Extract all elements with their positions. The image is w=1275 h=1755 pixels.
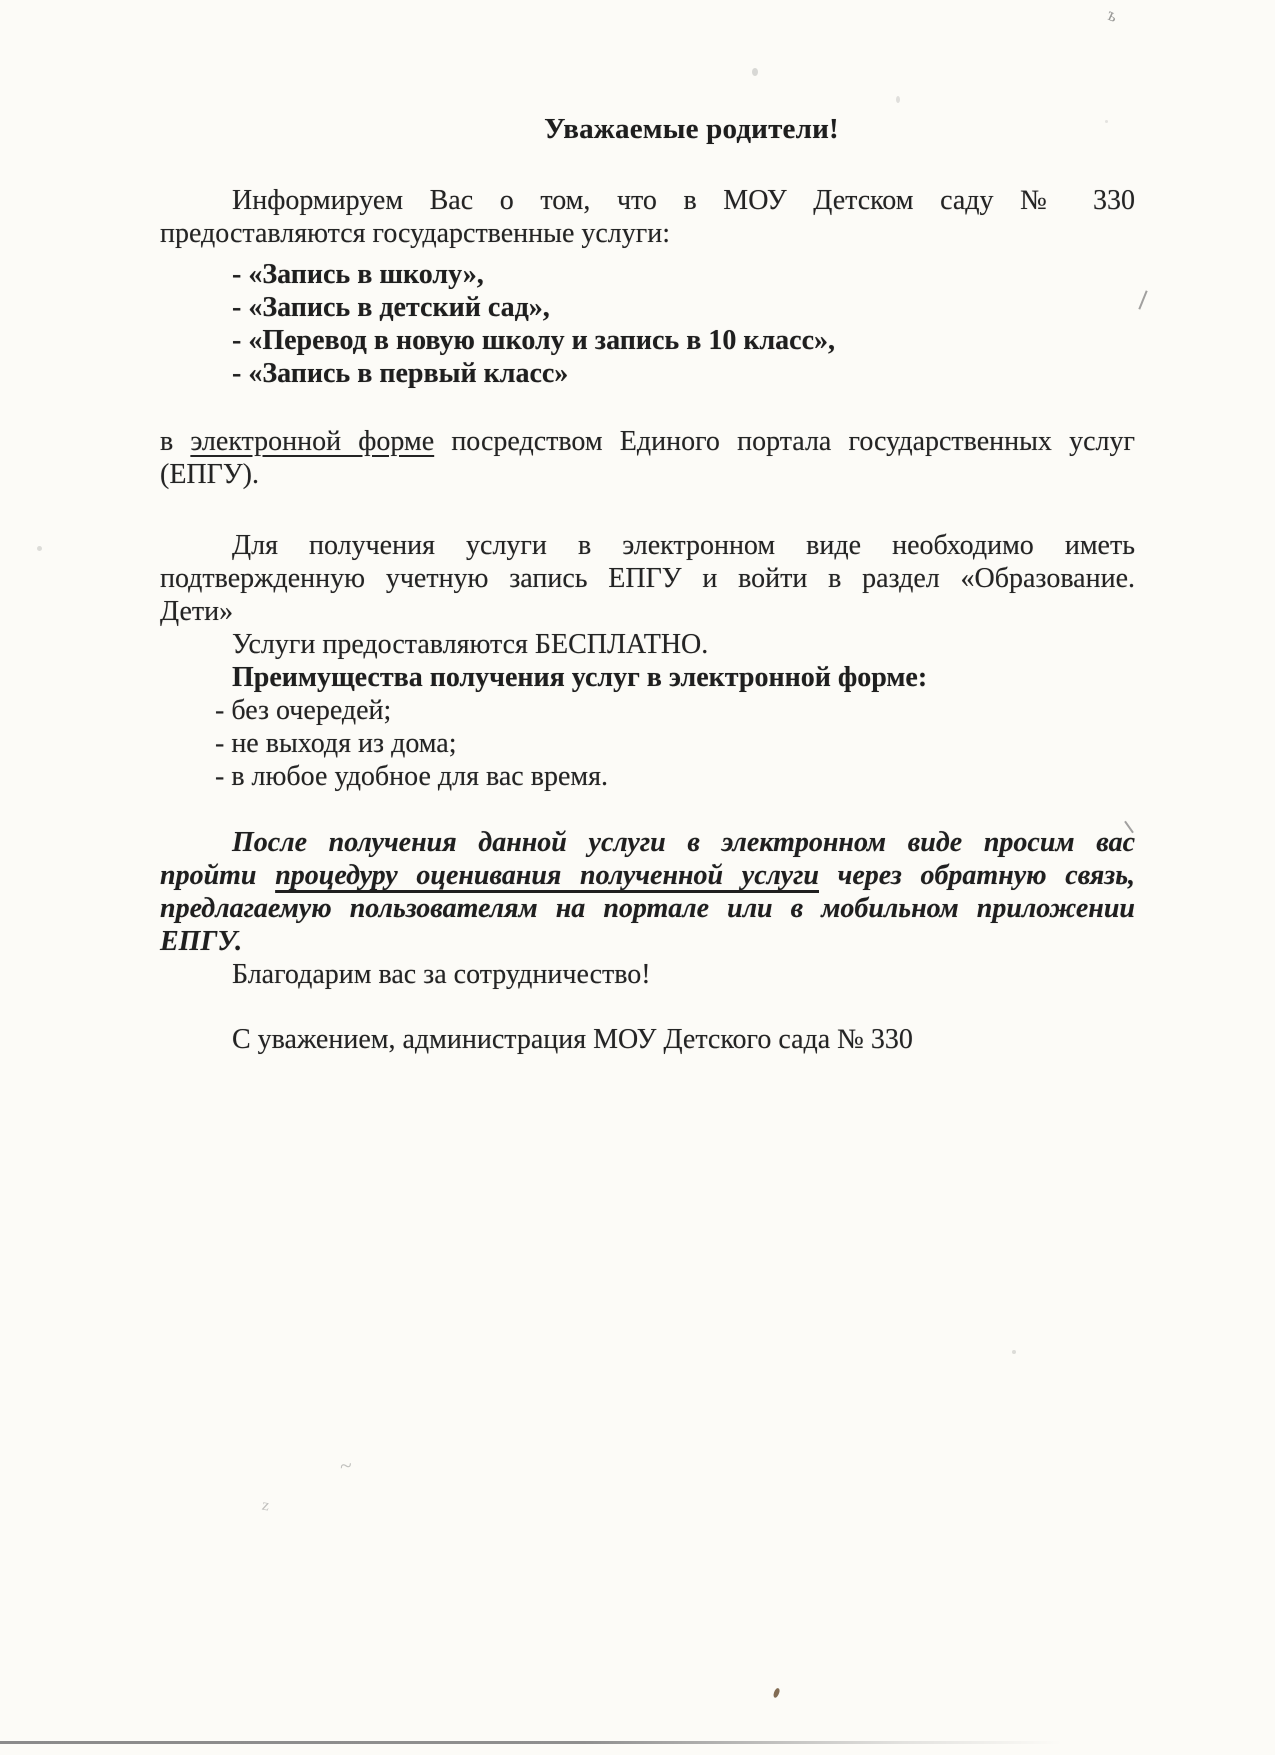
benefits-heading: Преимущества получения услуг в электронн… bbox=[160, 661, 1135, 694]
scan-speck: ~ bbox=[339, 1454, 354, 1477]
free-note: Услуги предоставляются БЕСПЛАТНО. bbox=[160, 628, 1135, 661]
feedback-prefix: пройти bbox=[160, 860, 275, 891]
benefit-item: - в любое удобное для вас время. bbox=[160, 760, 1135, 793]
eform-paragraph: в электронной форме посредством Единого … bbox=[160, 425, 1135, 491]
intro-paragraph: Информируем Вас о том, что в МОУ Детском… bbox=[160, 184, 1135, 250]
scan-speck bbox=[1138, 290, 1147, 309]
page-title: Уважаемые родители! bbox=[204, 113, 1179, 146]
service-item: - «Перевод в новую школу и запись в 10 к… bbox=[160, 324, 1135, 357]
scan-speck: z bbox=[261, 1498, 271, 1515]
feedback-paragraph: После получения данной услуги в электрон… bbox=[160, 826, 1135, 958]
benefit-item: - не выходя из дома; bbox=[160, 727, 1135, 760]
service-item: - «Запись в детский сад», bbox=[160, 291, 1135, 324]
access-line-3: Дети» bbox=[160, 595, 1135, 628]
scanned-letter-page: Уважаемые родители! Информируем Вас о то… bbox=[0, 0, 1275, 1755]
scan-speck bbox=[1012, 1350, 1016, 1354]
scan-speck bbox=[37, 546, 42, 551]
intro-line-2: предоставляются государственные услуги: bbox=[160, 217, 1135, 250]
feedback-line-3: предлагаемую пользователям на портале ил… bbox=[160, 892, 1135, 925]
feedback-line-2: пройти процедуру оценивания полученной у… bbox=[160, 859, 1135, 892]
scan-edge-line bbox=[0, 1741, 1062, 1744]
feedback-suffix: через обратную связь, bbox=[819, 860, 1135, 891]
eform-line-2: (ЕПГУ). bbox=[160, 458, 1135, 491]
access-line-2: подтвержденную учетную запись ЕПГУ и вой… bbox=[160, 562, 1135, 595]
letter-body: Уважаемые родители! Информируем Вас о то… bbox=[160, 0, 1135, 1056]
feedback-underlined-text: процедуру оценивания полученной услуги bbox=[275, 860, 819, 891]
thanks-line: Благодарим вас за сотрудничество! bbox=[160, 958, 1135, 991]
benefit-item: - без очередей; bbox=[160, 694, 1135, 727]
scan-speck bbox=[773, 1687, 781, 1698]
eform-line-1: в электронной форме посредством Единого … bbox=[160, 425, 1135, 458]
signature-line: С уважением, администрация МОУ Детского … bbox=[160, 1023, 1135, 1056]
eform-prefix: в bbox=[160, 426, 190, 457]
feedback-line-1: После получения данной услуги в электрон… bbox=[160, 826, 1135, 859]
intro-line-1: Информируем Вас о том, что в МОУ Детском… bbox=[160, 184, 1135, 217]
service-item: - «Запись в школу», bbox=[160, 258, 1135, 291]
eform-underlined-text: электронной форме bbox=[190, 426, 434, 457]
benefits-list: - без очередей; - не выходя из дома; - в… bbox=[160, 694, 1135, 793]
service-item: - «Запись в первый класс» bbox=[160, 357, 1135, 390]
eform-suffix: посредством Единого портала государствен… bbox=[434, 426, 1135, 457]
services-list: - «Запись в школу», - «Запись в детский … bbox=[160, 258, 1135, 390]
access-paragraph: Для получения услуги в электронном виде … bbox=[160, 529, 1135, 628]
feedback-line-4: ЕПГУ. bbox=[160, 925, 1135, 958]
access-line-1: Для получения услуги в электронном виде … bbox=[160, 529, 1135, 562]
